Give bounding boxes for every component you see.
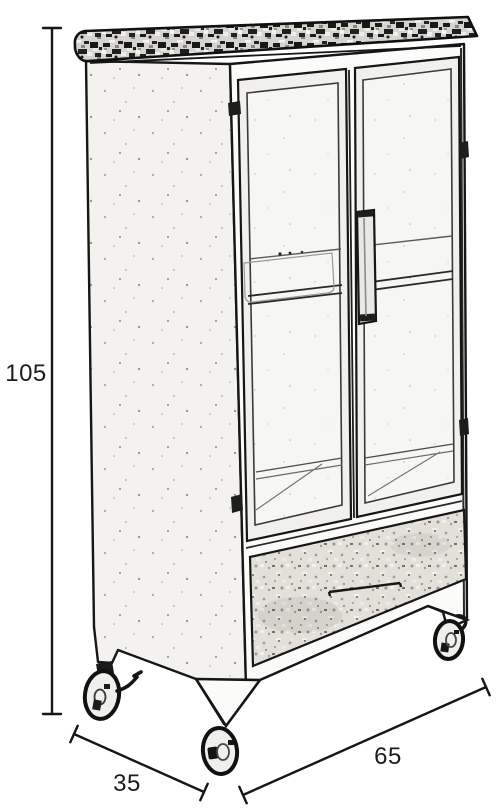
drawer-smudge <box>390 533 450 557</box>
dimension-height: 105 <box>5 28 61 714</box>
left-door-glass[interactable] <box>247 83 342 525</box>
depth-dimension-label: 35 <box>113 770 141 797</box>
dimension-width: 65 <box>239 679 489 803</box>
cabinet-dimension-diagram: 105 <box>0 0 500 810</box>
caster-mark <box>228 740 234 745</box>
caster-rear-left <box>82 661 141 721</box>
hinge-left-top <box>228 101 241 116</box>
door-handle[interactable] <box>357 210 376 324</box>
caster-mark <box>92 699 102 710</box>
width-dimension-label: 65 <box>374 743 402 770</box>
handle-cap-top <box>358 210 373 217</box>
caster-wheel <box>201 726 240 775</box>
shelf-speck <box>278 252 281 255</box>
cabinet-door-left <box>238 69 351 541</box>
hinge-right-bottom <box>459 418 469 436</box>
width-dimension-line <box>243 687 486 795</box>
diagram-canvas: 105 <box>0 0 500 810</box>
caster-mark <box>454 630 459 634</box>
hinge-left-bottom <box>231 494 243 513</box>
height-dimension-label: 105 <box>5 360 47 387</box>
front-left-leg <box>196 679 260 726</box>
drawer-smudge <box>258 597 342 633</box>
dimension-depth: 35 <box>70 726 207 800</box>
caster-front-left <box>201 726 240 775</box>
caster-wheel <box>433 620 464 660</box>
cabinet-illustration <box>75 17 477 776</box>
shelf-speck <box>301 251 304 254</box>
caster-mark <box>104 684 110 689</box>
caster-mark <box>440 642 449 652</box>
caster-brake-lever[interactable] <box>117 672 141 691</box>
handle-cap-bottom <box>360 313 375 321</box>
right-door-glass[interactable] <box>363 69 454 503</box>
cabinet-side-panel <box>86 61 246 724</box>
caster-wheel <box>82 669 122 721</box>
shelf-speck <box>289 252 292 255</box>
hinge-right-top <box>459 141 469 159</box>
